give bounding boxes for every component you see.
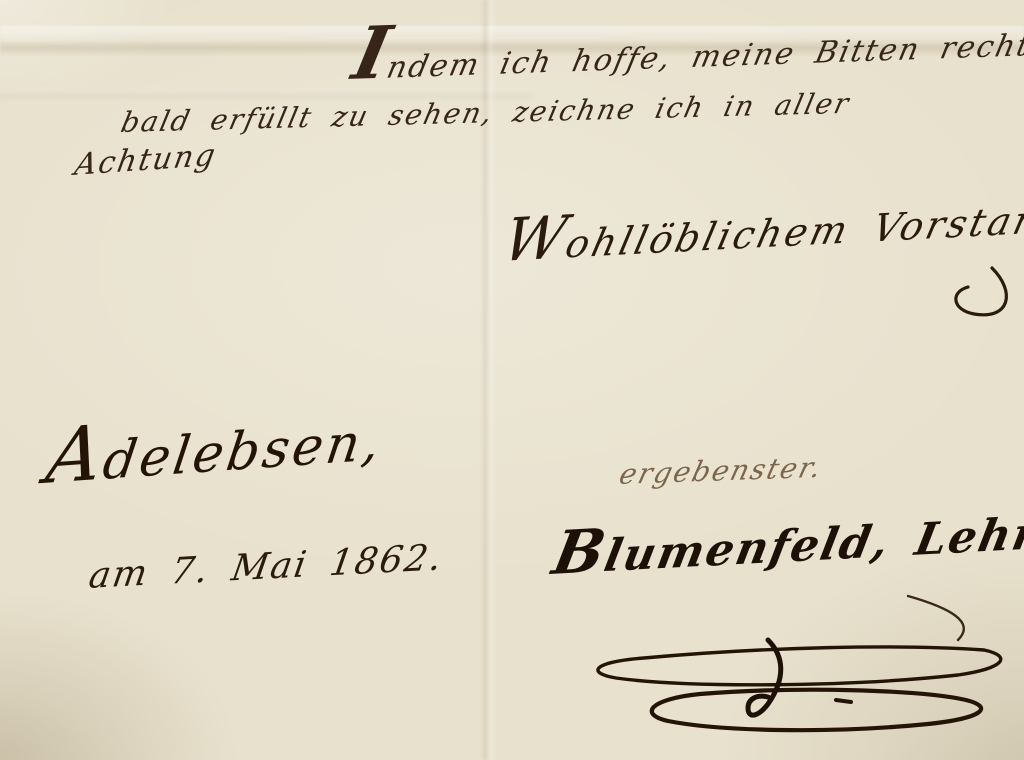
letter-photo: Indem ich hoffe, meine Bitten recht bald…	[0, 0, 1024, 760]
